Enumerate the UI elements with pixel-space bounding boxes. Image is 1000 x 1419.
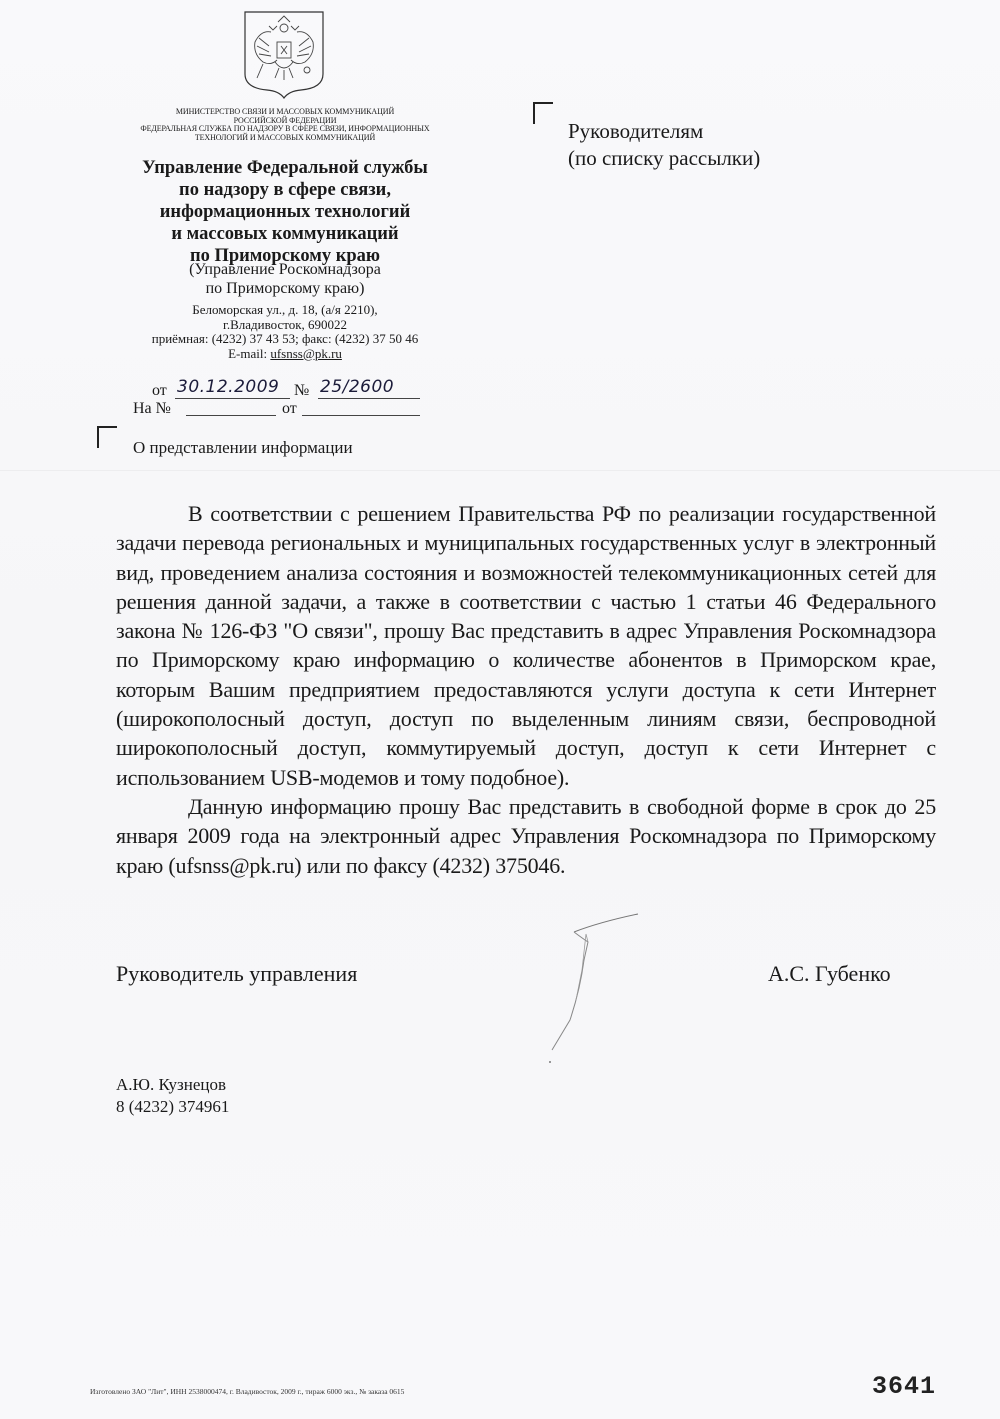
recipient-note: (по списку рассылки) — [568, 145, 760, 172]
body-paragraph: Данную информацию прошу Вас представить … — [116, 792, 936, 880]
handwritten-signature-icon — [530, 910, 640, 1070]
letter-page: МИНИСТЕРСТВО СВЯЗИ И МАССОВЫХ КОММУНИКАЦ… — [0, 0, 1000, 1419]
address-line: г.Владивосток, 690022 — [110, 318, 460, 333]
signatory-name: А.С. Губенко — [768, 961, 891, 987]
email-label: E-mail: — [228, 346, 270, 361]
date-label: от — [152, 382, 167, 400]
recipient-block: Руководителям (по списку рассылки) — [568, 118, 760, 172]
ministry-header: МИНИСТЕРСТВО СВЯЗИ И МАССОВЫХ КОММУНИКАЦ… — [110, 108, 460, 142]
ministry-line: ТЕХНОЛОГИЙ И МАССОВЫХ КОММУНИКАЦИЙ — [110, 134, 460, 143]
department-line: и массовых коммуникаций — [110, 223, 460, 245]
executor-phone: 8 (4232) 374961 — [116, 1096, 229, 1118]
department-short-line: по Приморскому краю) — [110, 279, 460, 298]
email-line: E-mail: ufsnss@pk.ru — [110, 347, 460, 362]
date-value: 30.12.2009 — [177, 377, 279, 397]
department-line: Управление Федеральной службы — [110, 157, 460, 179]
subject-corner-mark — [97, 426, 117, 448]
paper-fold — [0, 470, 1000, 471]
address-block: Беломорская ул., д. 18, (а/я 2210), г.Вл… — [110, 303, 460, 361]
department-line: по надзору в сфере связи, — [110, 179, 460, 201]
recipient-corner-mark — [533, 102, 553, 124]
email-link[interactable]: ufsnss@pk.ru — [270, 346, 342, 361]
printer-imprint: Изготовлено ЗАО "Лит", ИНН 2538000474, г… — [90, 1387, 404, 1396]
department-name: Управление Федеральной службы по надзору… — [110, 157, 460, 267]
form-serial-number: 3641 — [872, 1372, 936, 1401]
signatory-title: Руководитель управления — [116, 961, 357, 987]
letter-body: В соответствии с решением Правительства … — [116, 499, 936, 880]
address-line: Беломорская ул., д. 18, (а/я 2210), — [110, 303, 460, 318]
subject-line: О представлении информации — [133, 438, 353, 458]
reply-to-field[interactable] — [186, 398, 276, 416]
reply-date-field[interactable] — [302, 398, 420, 416]
phone-fax-line: приёмная: (4232) 37 43 53; факс: (4232) … — [110, 332, 460, 347]
number-value: 25/2600 — [320, 377, 394, 397]
reply-to-label: На № — [133, 400, 171, 418]
recipient-line: Руководителям — [568, 118, 760, 145]
executor-name: А.Ю. Кузнецов — [116, 1074, 229, 1096]
reply-date-label: от — [282, 400, 297, 418]
body-paragraph: В соответствии с решением Правительства … — [116, 499, 936, 792]
department-short-line: (Управление Роскомнадзора — [110, 260, 460, 279]
department-line: информационных технологий — [110, 201, 460, 223]
department-short-name: (Управление Роскомнадзора по Приморскому… — [110, 260, 460, 298]
executor-block: А.Ю. Кузнецов 8 (4232) 374961 — [116, 1074, 229, 1118]
coat-of-arms-icon — [241, 8, 327, 100]
